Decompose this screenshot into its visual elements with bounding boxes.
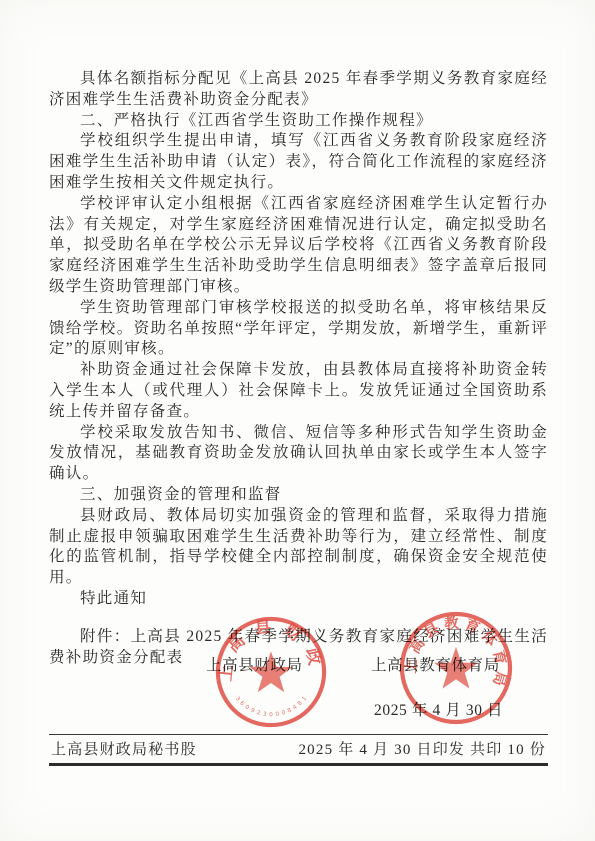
para-fund-disbursement: 补助资金通过社会保障卡发放，由县教体局直接将补助资金转入学生本人（或代理人）社会… (49, 360, 548, 422)
para-supervision: 县财政局、教体局切实加强资金的管理和监督，采取得力措施制止虚报申领骗取困难学生生… (49, 506, 548, 589)
signature-date: 2025 年 4 月 30 日 (374, 698, 503, 720)
signature-education-bureau: 上高县教育体育局 (371, 653, 500, 675)
para-quota-allocation: 具体名额指标分配见《上高县 2025 年春季学期义务教育家庭经济困难学生生活费补… (49, 69, 548, 111)
footer: 上高县财政局秘书股 2025 年 4 月 30 日印发 共印 10 份 (49, 734, 548, 766)
signature-finance-bureau: 上高县财政局 (206, 653, 303, 675)
para-review-committee: 学校评审认定小组根据《江西省家庭经济困难学生认定暂行办法》有关规定，对学生家庭经… (49, 194, 548, 298)
footer-print-info: 2025 年 4 月 30 日印发 共印 10 份 (298, 738, 546, 759)
svg-text:3609230008481: 3609230008481 (234, 693, 310, 718)
para-closing: 特此通知 (49, 589, 548, 610)
heading-section-3: 三、加强资金的管理和监督 (49, 485, 548, 506)
para-approval-feedback: 学生资助管理部门审核学校报送的拟受助名单，将审核结果反馈给学校。资助名单按照“学… (49, 298, 548, 360)
para-notification: 学校采取发放告知书、微信、短信等多种形式告知学生资助金发放情况，基础教育资助金发… (49, 423, 548, 485)
document-body: 具体名额指标分配见《上高县 2025 年春季学期义务教育家庭经济困难学生生活费补… (49, 69, 548, 668)
document-page: 具体名额指标分配见《上高县 2025 年春季学期义务教育家庭经济困难学生生活费补… (0, 0, 595, 841)
para-application: 学校组织学生提出申请，填写《江西省义务教育阶段家庭经济困难学生生活补助申请（认定… (49, 131, 548, 193)
seal-serial-number: 3609230008481 (234, 693, 310, 718)
footer-issuing-office: 上高县财政局秘书股 (51, 738, 197, 759)
heading-section-2: 二、严格执行《江西省学生资助工作操作规程》 (49, 111, 548, 132)
